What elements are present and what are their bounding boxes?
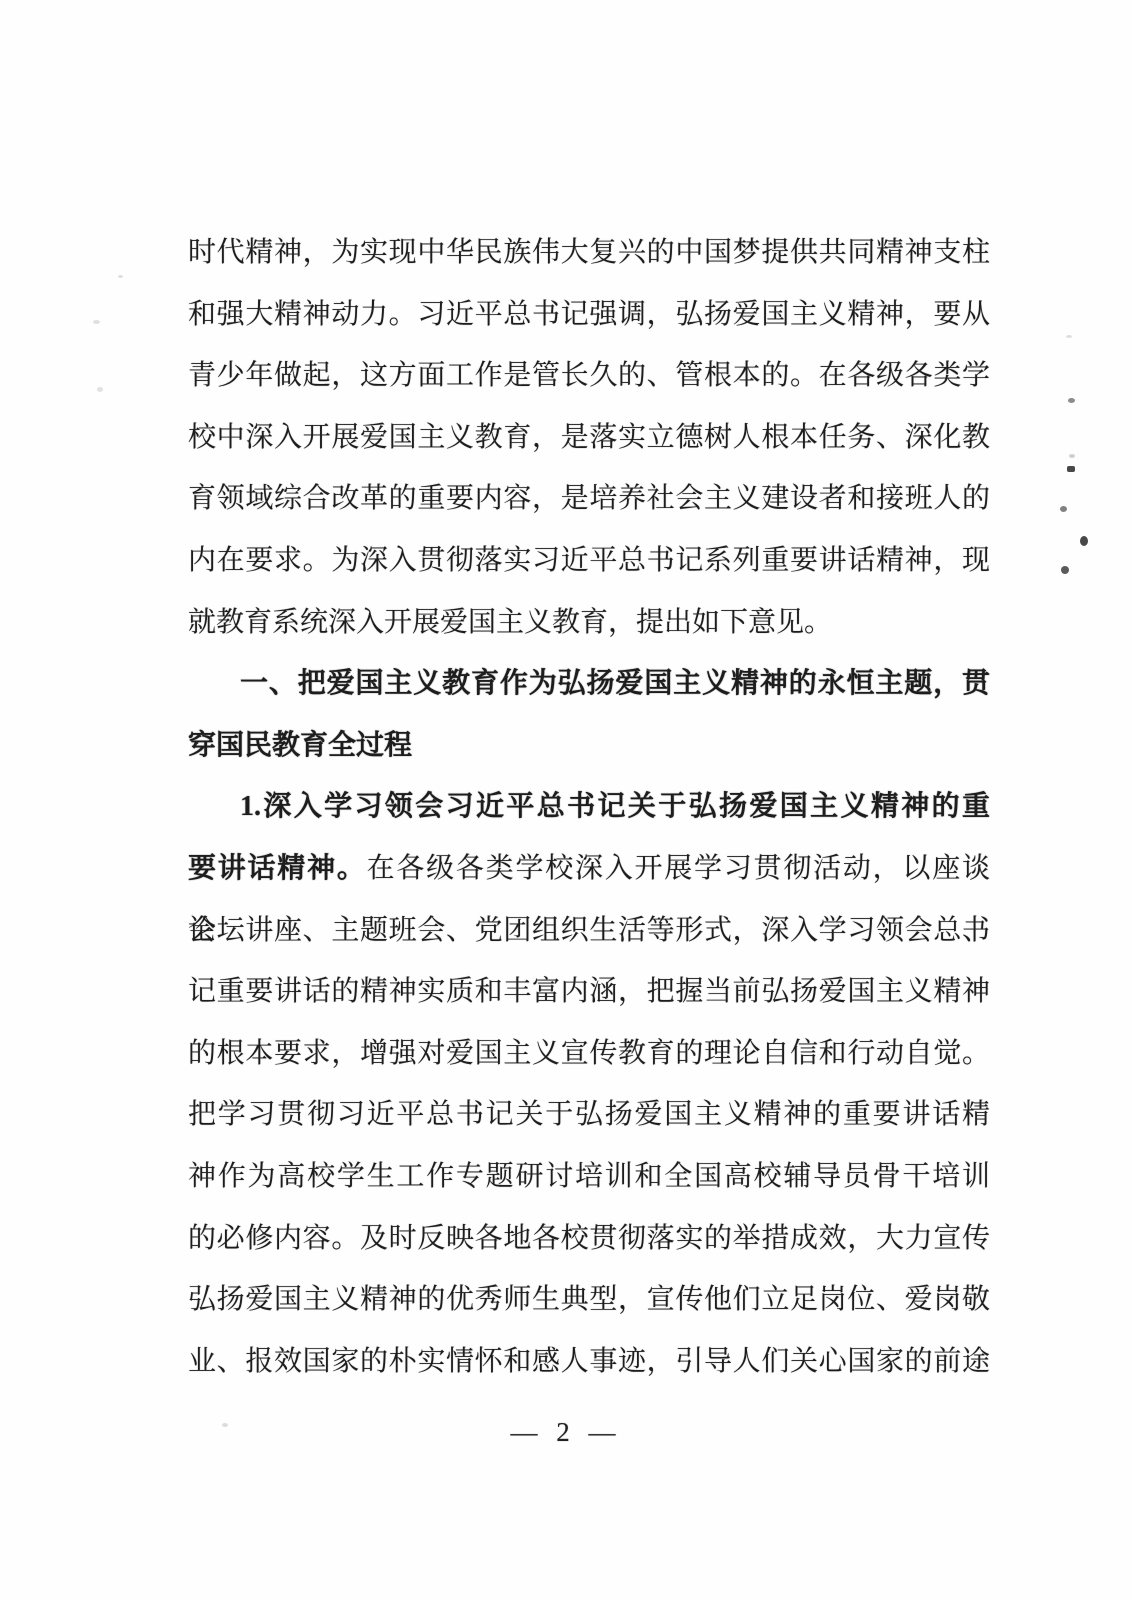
scan-speck (97, 387, 103, 392)
scan-speck (1080, 536, 1088, 546)
text-line: 校中深入开展爱国主义教育，是落实立德树人根本任务、深化教 (188, 407, 990, 469)
scanned-document: { "document": { "ink_color": "#1d1d1d", … (0, 0, 1132, 1600)
text-line: 业、报效国家的朴实情怀和感人事迹，引导人们关心国家的前途 (188, 1331, 990, 1393)
scan-speck (1060, 506, 1067, 512)
section-heading-line: 穿国民教育全过程 (188, 715, 990, 777)
scan-speck (1067, 466, 1075, 472)
scan-speck (1066, 335, 1072, 338)
section-heading-line: 一、把爱国主义教育作为弘扬爱国主义精神的永恒主题，贯 (188, 653, 990, 715)
text-line: 的必修内容。及时反映各地各校贯彻落实的举措成效，大力宣传 (188, 1208, 990, 1270)
scan-speck (222, 1423, 228, 1427)
text-line: 记重要讲话的精神实质和丰富内涵，把握当前弘扬爱国主义精神 (188, 961, 990, 1023)
text-line: 弘扬爱国主义精神的优秀师生典型，宣传他们立足岗位、爱岗敬 (188, 1269, 990, 1331)
scan-speck (118, 275, 123, 278)
text-line: 青少年做起，这方面工作是管长久的、管根本的。在各级各类学 (188, 345, 990, 407)
scan-speck (1069, 454, 1075, 458)
text-line: 育领域综合改革的重要内容，是培养社会主义建设者和接班人的 (188, 468, 990, 530)
scan-speck (93, 320, 100, 324)
text-line: 时代精神，为实现中华民族伟大复兴的中国梦提供共同精神支柱 (188, 222, 990, 284)
text-line: 论坛讲座、主题班会、党团组织生活等形式，深入学习领会总书 (188, 900, 990, 962)
text-line: 神作为高校学生工作专题研讨培训和全国高校辅导员骨干培训 (188, 1146, 990, 1208)
scan-speck (1061, 566, 1069, 574)
text-line: 要讲话精神。在各级各类学校深入开展学习贯彻活动，以座谈会、 (188, 838, 990, 900)
text-line: 的根本要求，增强对爱国主义宣传教育的理论自信和行动自觉。 (188, 1023, 990, 1085)
item-lead-line: 1.深入学习领会习近平总书记关于弘扬爱国主义精神的重 (188, 776, 990, 838)
item-lead-continuation: 要讲话精神。 (188, 853, 367, 884)
text-line: 就教育系统深入开展爱国主义教育，提出如下意见。 (188, 592, 990, 654)
page-number: — 2 — (0, 1402, 1132, 1462)
text-line: 把学习贯彻习近平总书记关于弘扬爱国主义精神的重要讲话精 (188, 1084, 990, 1146)
text-block: 时代精神，为实现中华民族伟大复兴的中国梦提供共同精神支柱 和强大精神动力。习近平… (188, 222, 990, 1392)
document-page: 时代精神，为实现中华民族伟大复兴的中国梦提供共同精神支柱 和强大精神动力。习近平… (0, 0, 1132, 1600)
text-line: 和强大精神动力。习近平总书记强调，弘扬爱国主义精神，要从 (188, 284, 990, 346)
text-line: 内在要求。为深入贯彻落实习近平总书记系列重要讲话精神，现 (188, 530, 990, 592)
scan-speck (1068, 398, 1075, 403)
